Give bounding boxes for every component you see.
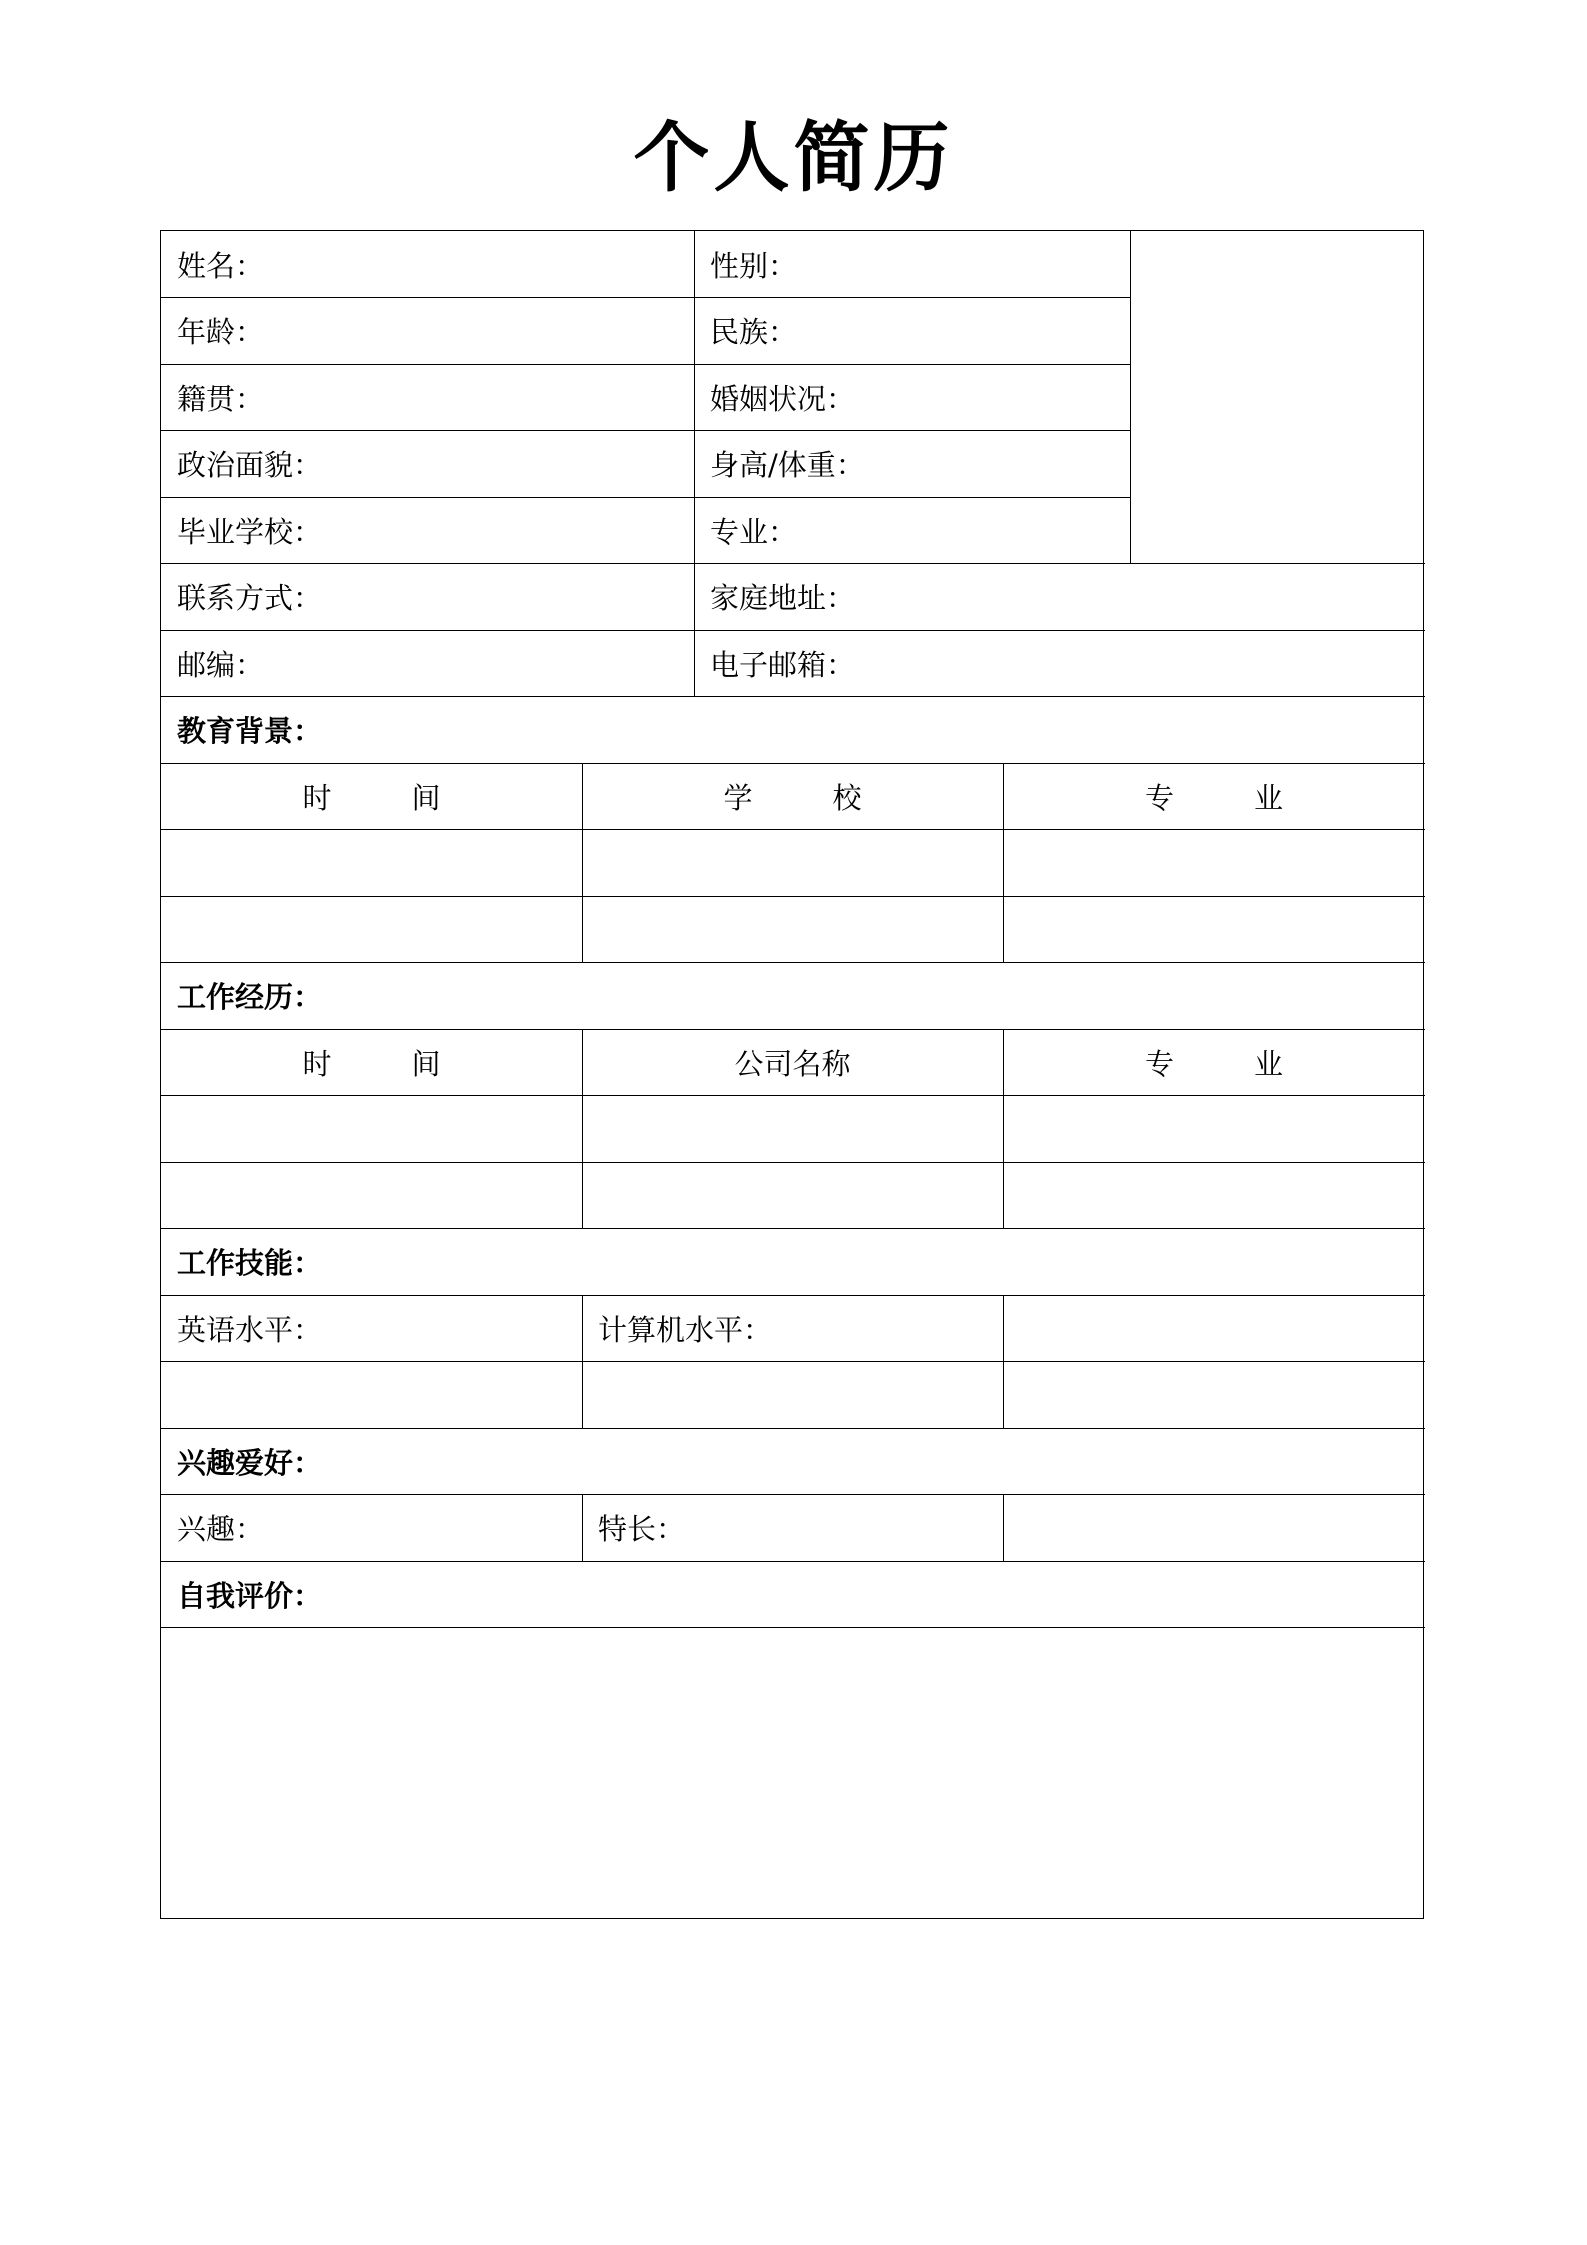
political-status-label: 政治面貌：: [177, 443, 322, 484]
skills-heading: 工作技能：: [161, 1228, 1425, 1295]
work-time-input[interactable]: [161, 1162, 582, 1228]
education-heading: 教育背景：: [161, 696, 1425, 763]
work-major-input[interactable]: [1003, 1095, 1425, 1162]
page-title: 个人简历: [0, 108, 1587, 208]
education-major-input[interactable]: [1003, 896, 1425, 962]
work-company-input[interactable]: [582, 1162, 1003, 1228]
postcode-label: 邮编：: [177, 643, 264, 684]
specialty-field[interactable]: 特长：: [582, 1494, 1003, 1561]
postcode-field[interactable]: 邮编：: [161, 630, 694, 696]
english-level-label: 英语水平：: [177, 1308, 322, 1349]
gender-field[interactable]: 性别：: [694, 231, 1130, 297]
education-school-input[interactable]: [582, 896, 1003, 962]
skills-input[interactable]: [161, 1361, 582, 1428]
computer-level-field[interactable]: 计算机水平：: [582, 1295, 1003, 1361]
contact-label: 联系方式：: [177, 576, 322, 617]
skills-input[interactable]: [582, 1361, 1003, 1428]
work-heading: 工作经历：: [161, 962, 1425, 1029]
marital-status-label: 婚姻状况：: [710, 377, 855, 418]
graduate-school-field[interactable]: 毕业学校：: [161, 497, 694, 563]
education-col-school: 学校: [582, 763, 1003, 829]
skills-extra-input[interactable]: [1003, 1295, 1425, 1361]
ethnicity-label: 民族：: [710, 310, 797, 351]
gender-label: 性别：: [710, 244, 797, 285]
education-time-input[interactable]: [161, 896, 582, 962]
height-weight-label: 身高/体重：: [710, 443, 865, 484]
education-school-input[interactable]: [582, 829, 1003, 896]
work-col-time: 时间: [161, 1029, 582, 1095]
address-label: 家庭地址：: [710, 576, 855, 617]
major-label: 专业：: [710, 510, 797, 551]
marital-status-field[interactable]: 婚姻状况：: [694, 364, 1130, 430]
address-field[interactable]: 家庭地址：: [694, 563, 1425, 630]
age-label: 年龄：: [177, 310, 264, 351]
education-col-time: 时间: [161, 763, 582, 829]
education-major-input[interactable]: [1003, 829, 1425, 896]
computer-level-label: 计算机水平：: [598, 1308, 772, 1349]
work-company-input[interactable]: [582, 1095, 1003, 1162]
hobbies-heading: 兴趣爱好：: [161, 1428, 1425, 1494]
email-label: 电子邮箱：: [710, 643, 855, 684]
skills-input[interactable]: [1003, 1361, 1425, 1428]
education-time-input[interactable]: [161, 829, 582, 896]
self-evaluation-heading: 自我评价：: [161, 1561, 1425, 1627]
name-field[interactable]: 姓名：: [161, 231, 694, 297]
english-level-field[interactable]: 英语水平：: [161, 1295, 582, 1361]
major-field[interactable]: 专业：: [694, 497, 1130, 563]
work-col-company: 公司名称: [582, 1029, 1003, 1095]
interest-field[interactable]: 兴趣：: [161, 1494, 582, 1561]
self-evaluation-textarea[interactable]: [161, 1628, 1425, 1918]
work-major-input[interactable]: [1003, 1162, 1425, 1228]
photo-box[interactable]: [1131, 231, 1425, 563]
work-time-input[interactable]: [161, 1095, 582, 1162]
interest-label: 兴趣：: [177, 1507, 264, 1548]
hobbies-extra-input[interactable]: [1003, 1494, 1425, 1561]
contact-field[interactable]: 联系方式：: [161, 563, 694, 630]
education-col-major: 专业: [1003, 763, 1425, 829]
hometown-field[interactable]: 籍贯：: [161, 364, 694, 430]
specialty-label: 特长：: [598, 1507, 685, 1548]
resume-form: 姓名： 性别： 年龄： 民族： 籍贯： 婚姻状况： 政治面貌： 身高/体重： 毕…: [160, 230, 1424, 1919]
height-weight-field[interactable]: 身高/体重：: [694, 430, 1130, 497]
work-col-major: 专业: [1003, 1029, 1425, 1095]
name-label: 姓名：: [177, 244, 264, 285]
hometown-label: 籍贯：: [177, 377, 264, 418]
political-status-field[interactable]: 政治面貌：: [161, 430, 694, 497]
email-field[interactable]: 电子邮箱：: [694, 630, 1425, 696]
age-field[interactable]: 年龄：: [161, 297, 694, 364]
graduate-school-label: 毕业学校：: [177, 510, 322, 551]
ethnicity-field[interactable]: 民族：: [694, 297, 1130, 364]
